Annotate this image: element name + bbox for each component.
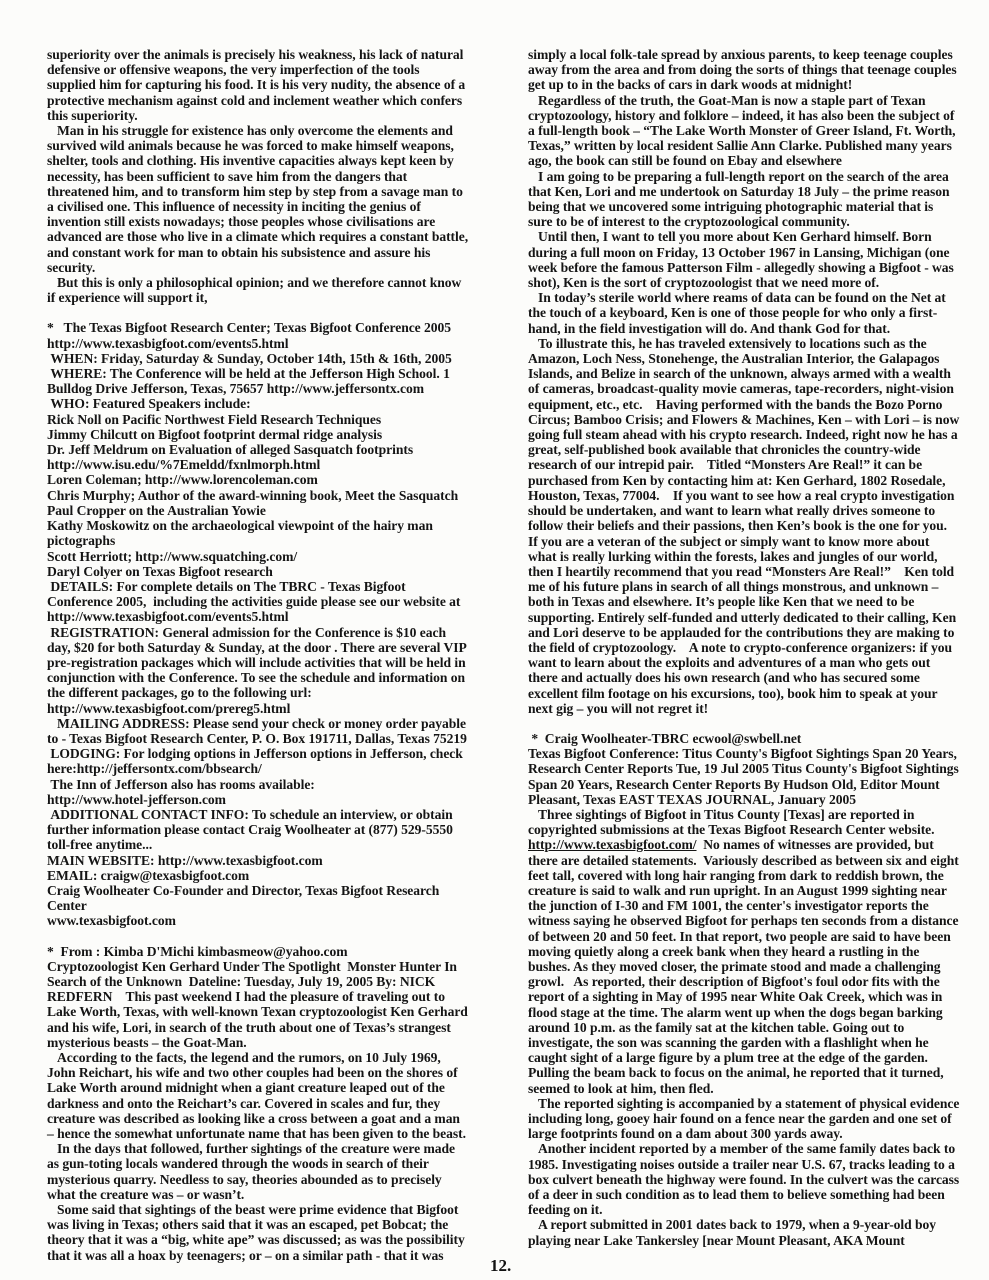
paragraph-text: No names of witnesses are provided, but … [528,837,962,1095]
paragraph: Texas Bigfoot Conference: Titus County's… [528,746,960,807]
paragraph: http://www.texasbigfoot.com/prereg5.html [47,701,469,716]
paragraph: EMAIL: craigw@texasbigfoot.com [47,868,469,883]
paragraph: A report submitted in 2001 dates back to… [528,1217,960,1247]
paragraph-spacer [528,716,960,731]
paragraph: WHO: Featured Speakers include: [47,396,469,411]
paragraph: MAILING ADDRESS: Please send your check … [47,716,469,746]
left-column: superiority over the animals is precisel… [47,47,469,1263]
paragraph: Until then, I want to tell you more abou… [528,229,960,290]
paragraph: The Inn of Jefferson also has rooms avai… [47,777,469,792]
right-column: simply a local folk-tale spread by anxio… [528,47,960,1248]
paragraph: Craig Woolheater Co-Founder and Director… [47,883,469,913]
paragraph: Man in his struggle for existence has on… [47,123,469,275]
paragraph: Cryptozoologist Ken Gerhard Under The Sp… [47,959,469,1050]
paragraph: DETAILS: For complete details on The TBR… [47,579,469,625]
paragraph: www.texasbigfoot.com [47,913,469,928]
paragraph: Scott Herriott; http://www.squatching.co… [47,549,469,564]
paragraph: The reported sighting is accompanied by … [528,1096,960,1142]
paragraph: http://www.texasbigfoot.com/events5.html [47,336,469,351]
paragraph: Some said that sightings of the beast we… [47,1202,469,1263]
paragraph: Jimmy Chilcutt on Bigfoot footprint derm… [47,427,469,442]
paragraph-spacer [47,929,469,944]
paragraph: Kathy Moskowitz on the archaeological vi… [47,518,469,548]
paragraph: According to the facts, the legend and t… [47,1050,469,1141]
paragraph: http://www.texasbigfoot.com/ No names of… [528,837,960,1095]
paragraph: * From : Kimba D'Michi kimbasmeow@yahoo.… [47,944,469,959]
page-number: 12. [490,1256,511,1276]
paragraph: Dr. Jeff Meldrum on Evaluation of allege… [47,442,469,457]
paragraph-spacer [47,305,469,320]
paragraph: WHEN: Friday, Saturday & Sunday, October… [47,351,469,366]
paragraph: Daryl Colyer on Texas Bigfoot research [47,564,469,579]
paragraph: simply a local folk-tale spread by anxio… [528,47,960,93]
paragraph: In today’s sterile world where reams of … [528,290,960,336]
paragraph: ADDITIONAL CONTACT INFO: To schedule an … [47,807,469,853]
paragraph: I am going to be preparing a full-length… [528,169,960,230]
paragraph: LODGING: For lodging options in Jefferso… [47,746,469,776]
paragraph: In the days that followed, further sight… [47,1141,469,1202]
paragraph: http://www.hotel-jefferson.com [47,792,469,807]
website-link[interactable]: http://www.texasbigfoot.com/ [528,837,697,852]
paragraph: Paul Cropper on the Australian Yowie [47,503,469,518]
paragraph: * Craig Woolheater-TBRC ecwool@swbell.ne… [528,731,960,746]
paragraph: Three sightings of Bigfoot in Titus Coun… [528,807,960,837]
paragraph: WHERE: The Conference will be held at th… [47,366,469,396]
paragraph: Regardless of the truth, the Goat-Man is… [528,93,960,169]
paragraph: But this is only a philosophical opinion… [47,275,469,305]
paragraph: REGISTRATION: General admission for the … [47,625,469,701]
paragraph: MAIN WEBSITE: http://www.texasbigfoot.co… [47,853,469,868]
paragraph: Another incident reported by a member of… [528,1141,960,1217]
paragraph: http://www.isu.edu/%7Emeldd/fxnlmorph.ht… [47,457,469,472]
paragraph: Chris Murphy; Author of the award-winnin… [47,488,469,503]
paragraph: superiority over the animals is precisel… [47,47,469,123]
paragraph: * The Texas Bigfoot Research Center; Tex… [47,320,469,335]
paragraph: Loren Coleman; http://www.lorencoleman.c… [47,472,469,487]
paragraph: To illustrate this, he has traveled exte… [528,336,960,716]
paragraph: Rick Noll on Pacific Northwest Field Res… [47,412,469,427]
